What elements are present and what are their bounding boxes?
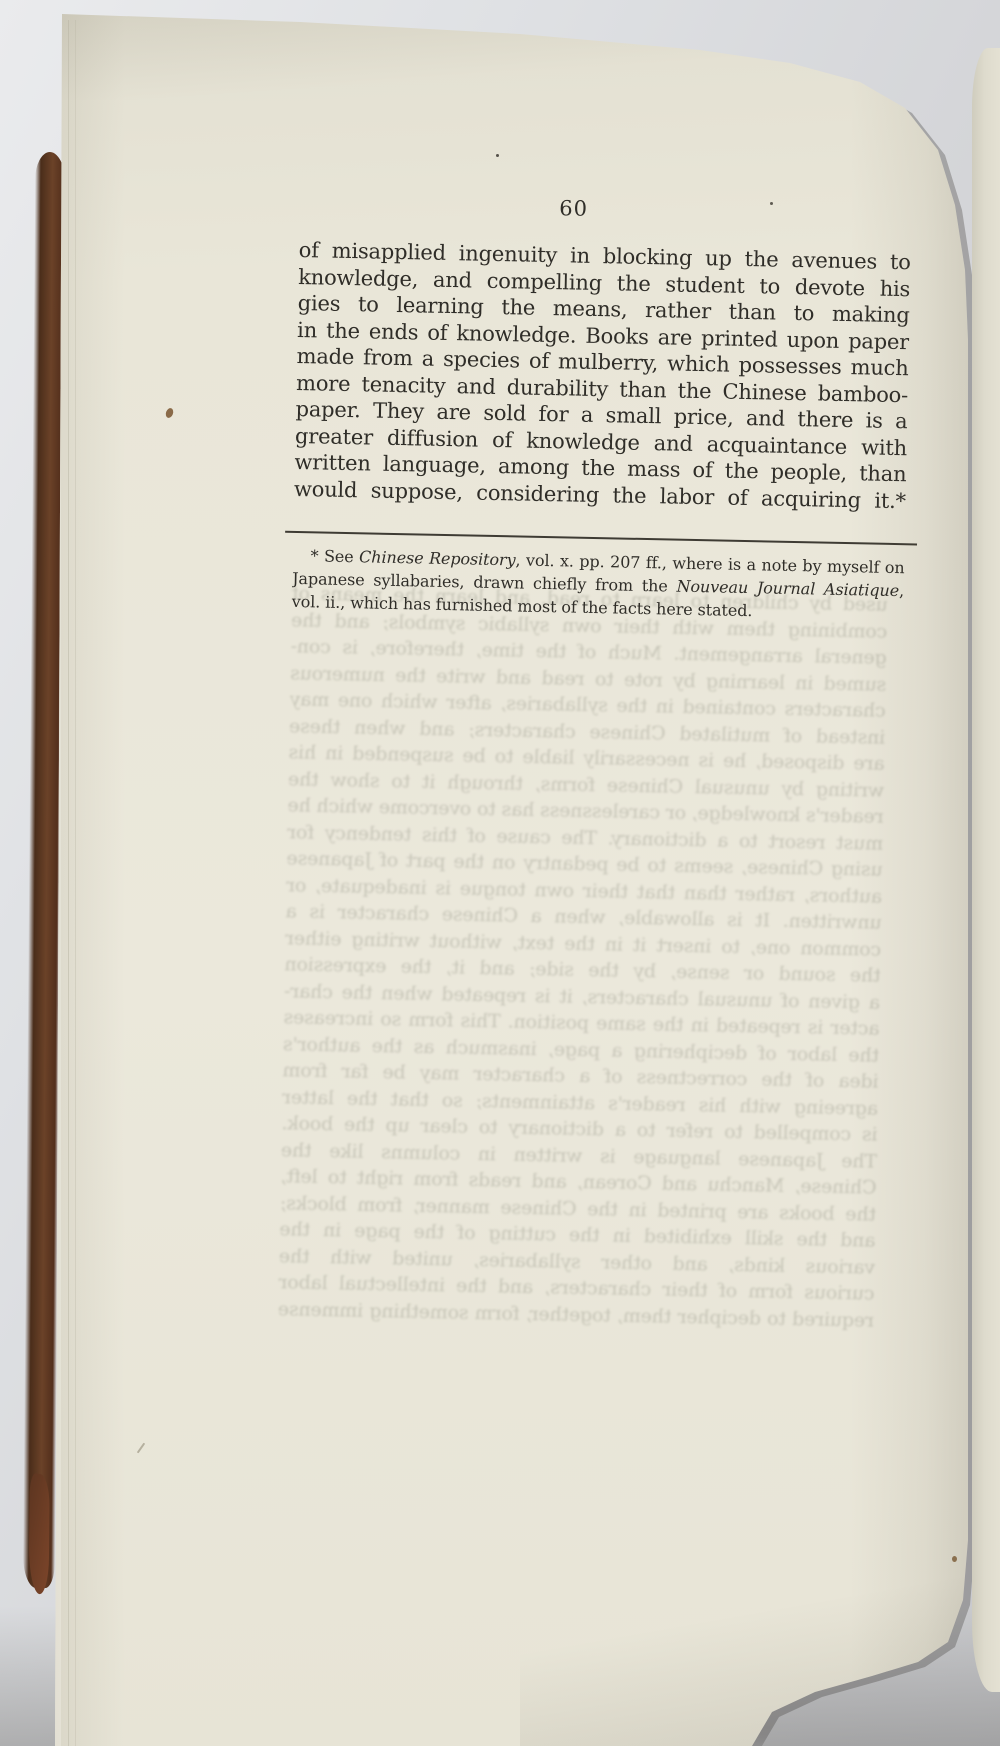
page-speck: [165, 407, 175, 419]
page-speck: [496, 154, 499, 157]
page-number: 60: [235, 189, 911, 229]
page-shading-left: [55, 0, 125, 1746]
book-page: used by children to learn to read, and l…: [0, 0, 1000, 1746]
footnote-text: , vol. x. pp. 207 ff., where is a note b…: [515, 550, 904, 577]
page-speck: [770, 202, 773, 205]
printed-content: 60 of misapplied ingenuity in blocking u…: [291, 190, 911, 627]
footnote-rule: [285, 531, 917, 546]
body-paragraph: of misapplied ingenuity in blocking up t…: [294, 238, 911, 515]
page-speck: [952, 1556, 957, 1562]
footnote: * See Chinese Repository, vol. x. pp. 20…: [291, 546, 904, 627]
book-photo: used by children to learn to read, and l…: [0, 0, 1000, 1746]
page-speck: [137, 1443, 146, 1454]
next-page-edge: [972, 48, 1000, 1692]
footnote-text: * See: [310, 546, 359, 566]
ghost-showthrough-text: used by children to learn to read, and l…: [278, 582, 888, 1335]
footnote-italic-title: Chinese Repository: [359, 547, 516, 569]
